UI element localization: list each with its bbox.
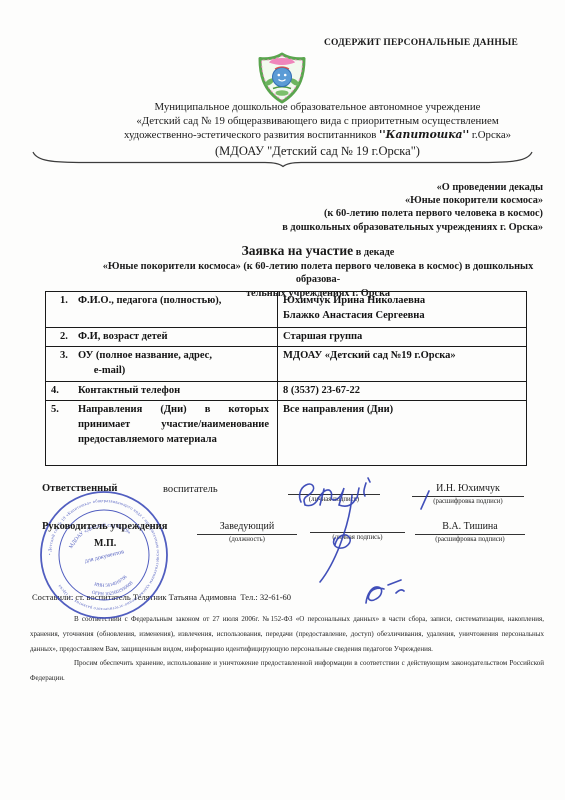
kindergarten-logo-icon — [257, 52, 307, 104]
signature-caption: (расшифровка подписи) — [415, 536, 525, 543]
title-main: Заявка на участие — [242, 243, 354, 258]
row-label: ОУ (полное название, адрес, e-mail) — [78, 348, 273, 378]
head-name: В.А. Тишина — [415, 520, 525, 535]
table-row: 3.ОУ (полное название, адрес, e-mail) МД… — [46, 347, 527, 382]
row-number: 2. — [48, 329, 78, 344]
responsible-label: Ответственный — [42, 483, 117, 494]
row-number: 1. — [48, 293, 78, 308]
row-number: 3. — [48, 348, 78, 378]
table-row: 4.Контактный телефон 8 (3537) 23-67-22 — [46, 382, 527, 401]
signature-composer — [366, 580, 404, 603]
responsible-signature-field: (личная подпись) — [288, 482, 380, 503]
order-ref-line4: в дошкольных образовательных учреждениях… — [240, 221, 543, 234]
row-value: 8 (3537) 23-67-22 — [280, 383, 522, 398]
responsible-name: И.Н. Юхимчук — [412, 482, 524, 497]
org-name-line2: «Детский сад № 19 общеразвивающего вида … — [100, 115, 535, 129]
org-name-line1: Муниципальное дошкольное образовательное… — [100, 101, 535, 115]
signature-caption: (личная подпись) — [310, 534, 405, 541]
personal-data-notice: СОДЕРЖИТ ПЕРСОНАЛЬНЫЕ ДАННЫЕ — [316, 38, 526, 48]
signature-caption: (личная подпись) — [288, 496, 380, 503]
row-label: Контактный телефон — [78, 383, 273, 398]
title-line1: Заявка на участие в декаде — [96, 244, 540, 260]
application-table: 1.Ф.И.О., педагога (полностью), Юхимчук … — [45, 291, 527, 466]
title-line2: «Юные покорители космоса» (к 60-летию по… — [96, 260, 540, 287]
title-suffix: в декаде — [353, 247, 394, 258]
row-value: Старшая группа — [280, 329, 522, 344]
table-row: 2.Ф.И, возраст детей Старшая группа — [46, 328, 527, 347]
head-name-field: В.А. Тишина (расшифровка подписи) — [415, 520, 525, 543]
row-label: Ф.И, возраст детей — [78, 329, 273, 344]
row-label: Направления (Дни) в которых принимает уч… — [78, 402, 273, 447]
head-position: Заведующий — [197, 520, 297, 535]
row-label: Ф.И.О., педагога (полностью), — [78, 293, 273, 308]
official-stamp-seal: • Детский сад № 19 «Капитошка» общеразви… — [33, 488, 175, 622]
scanned-application-document: СОДЕРЖИТ ПЕРСОНАЛЬНЫЕ ДАННЫЕ Муниципальн… — [0, 0, 565, 800]
signature-line — [310, 520, 405, 533]
row-value: Все направления (Дни) — [280, 402, 522, 417]
header-brace-line — [30, 149, 535, 169]
stamp-center-text: для документов — [84, 549, 125, 565]
row-value: МДОАУ «Детский сад №19 г.Орска» — [280, 348, 522, 363]
head-signature-field: (личная подпись) — [310, 520, 405, 541]
order-ref-line2: «Юные покорители космоса» — [240, 194, 543, 207]
table-row: 1.Ф.И.О., педагога (полностью), Юхимчук … — [46, 292, 527, 328]
order-ref-line1: «О проведении декады — [240, 181, 543, 194]
row-value: Юхимчук Ирина Николаевна Блажко Анастаси… — [280, 293, 522, 323]
table-row: 5.Направления (Дни) в которых принимает … — [46, 401, 527, 466]
order-ref-line3: (к 60-летию полета первого человека в ко… — [240, 207, 543, 220]
order-reference: «О проведении декады «Юные покорители ко… — [240, 181, 543, 234]
legal-paragraph-2: Просим обеспечить хранение, использовани… — [30, 656, 544, 686]
responsible-name-field: И.Н. Юхимчук (расшифровка подписи) — [412, 482, 524, 505]
signature-line — [288, 482, 380, 495]
signature-caption: (должность) — [197, 536, 297, 543]
signature-caption: (расшифровка подписи) — [412, 498, 524, 505]
row-number: 5. — [48, 402, 78, 447]
org-line3-prefix: художественно-эстетического развития вос… — [124, 129, 379, 141]
stamp-place-label: М.П. — [94, 538, 116, 549]
org-line3-suffix: г.Орска» — [469, 129, 511, 141]
head-label: Руководитель учреждения — [42, 521, 167, 532]
org-name-line3: художественно-эстетического развития вос… — [100, 128, 535, 143]
row-number: 4. — [48, 383, 78, 398]
head-position-field: Заведующий (должность) — [197, 520, 297, 543]
org-brand-name: ''Капитошка'' — [379, 128, 469, 141]
legal-disclaimer: В соответствии с Федеральным законом от … — [30, 612, 544, 686]
